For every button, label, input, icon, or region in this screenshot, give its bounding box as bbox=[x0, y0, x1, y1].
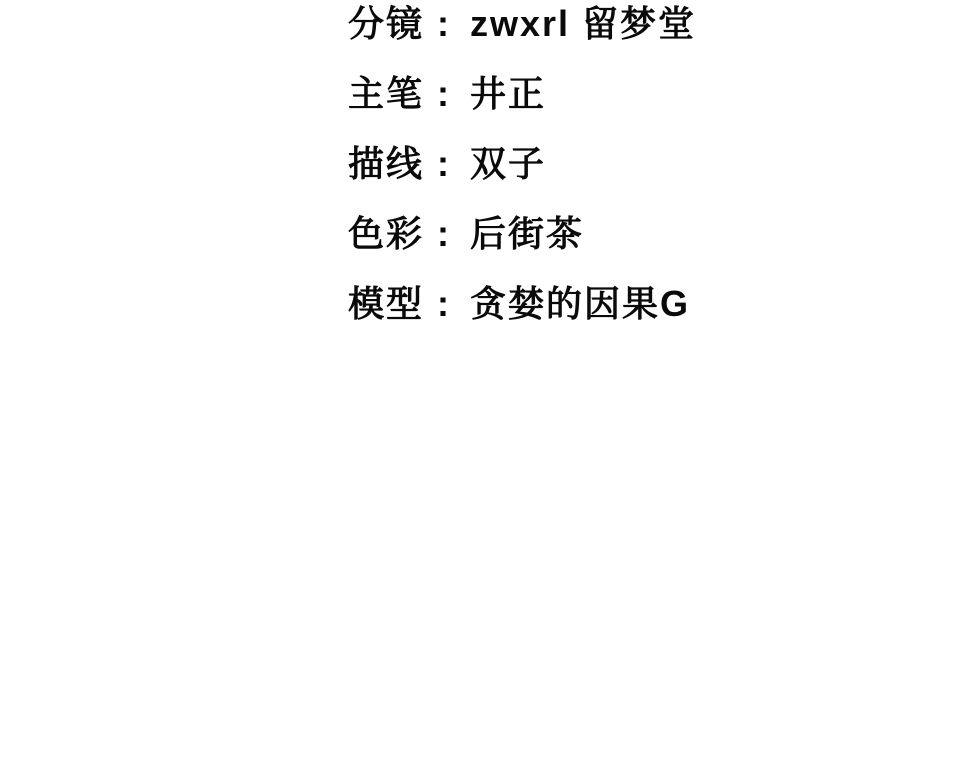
credit-separator: : bbox=[424, 212, 464, 256]
credit-name-value: 井正 bbox=[470, 72, 546, 116]
credit-separator: : bbox=[424, 2, 464, 46]
credits-page: 分镜:zwxrl 留梦堂 主笔:井正 描线:双子 色彩:后街茶 模型:贪婪的因果… bbox=[0, 0, 970, 757]
credit-row-line-art: 描线:双子 bbox=[348, 142, 696, 212]
credit-role-label: 模型 bbox=[348, 282, 424, 326]
credit-name-value: 后街茶 bbox=[470, 212, 584, 256]
credit-role-label: 色彩 bbox=[348, 212, 424, 256]
credits-list: 分镜:zwxrl 留梦堂 主笔:井正 描线:双子 色彩:后街茶 模型:贪婪的因果… bbox=[348, 2, 696, 352]
credit-row-model: 模型:贪婪的因果G bbox=[348, 282, 696, 352]
credit-name-value: zwxrl 留梦堂 bbox=[470, 2, 696, 46]
credit-row-color: 色彩:后街茶 bbox=[348, 212, 696, 282]
credit-role-label: 分镜 bbox=[348, 2, 424, 46]
credit-row-lead-artist: 主笔:井正 bbox=[348, 72, 696, 142]
credit-name-value: 双子 bbox=[470, 142, 546, 186]
credit-separator: : bbox=[424, 142, 464, 186]
credit-row-storyboard: 分镜:zwxrl 留梦堂 bbox=[348, 2, 696, 72]
credit-separator: : bbox=[424, 282, 464, 326]
credit-role-label: 主笔 bbox=[348, 72, 424, 116]
credit-separator: : bbox=[424, 72, 464, 116]
credit-role-label: 描线 bbox=[348, 142, 424, 186]
credit-name-value: 贪婪的因果G bbox=[470, 282, 690, 326]
